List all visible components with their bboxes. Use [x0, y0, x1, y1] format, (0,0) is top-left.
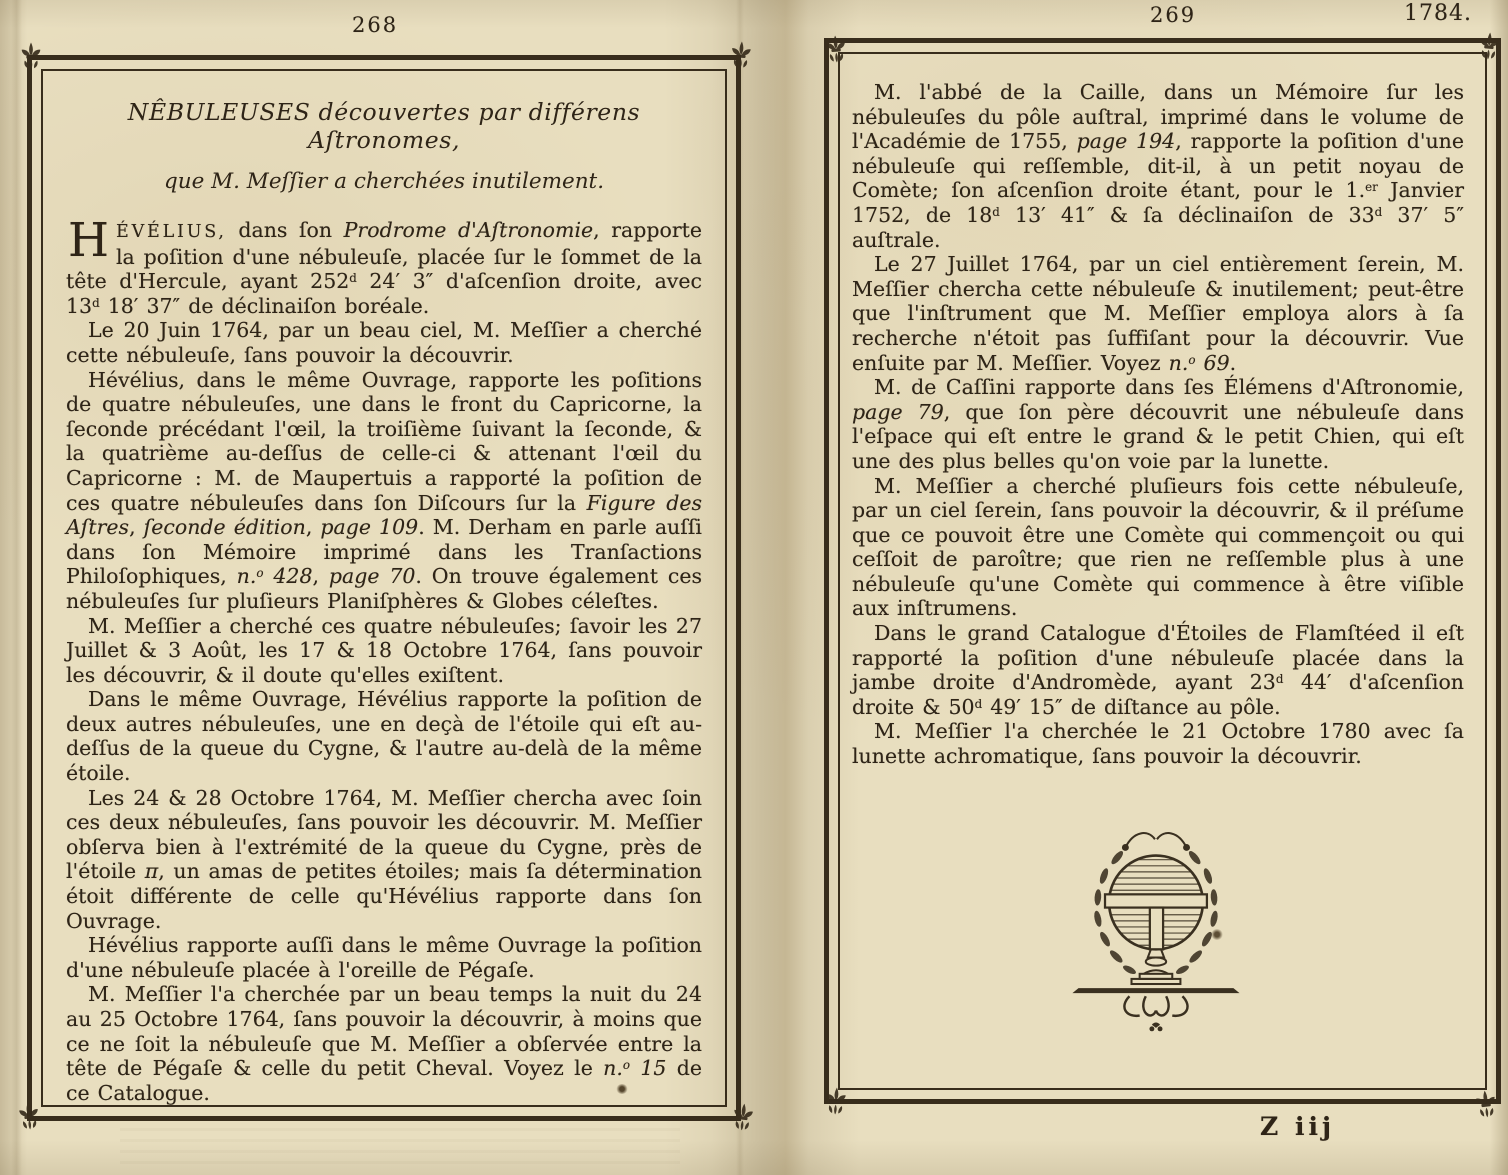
- book-scan-spread: { "colors": { "ink": "#2e2417", "rule": …: [0, 0, 1508, 1175]
- left-page-text-column: NÊBULEUSES découvertes par différens Aſt…: [66, 92, 702, 1105]
- paragraph-left-7: Hévélius rapporte auſſi dans le même Ouv…: [66, 933, 702, 982]
- paragraph-left-6: Les 24 & 28 Octobre 1764, M. Meſſier che…: [66, 786, 702, 934]
- paragraph-right-1: M. l'abbé de la Caille, dans un Mémoire …: [852, 80, 1464, 252]
- paragraph-right-6: M. Meſſier l'a cherchée le 21 Octobre 17…: [852, 719, 1464, 768]
- page-number-left: 268: [352, 13, 398, 37]
- paragraph-left-8: M. Meſſier l'a cherchée par un beau temp…: [66, 982, 702, 1105]
- right-page-text-column: M. l'abbé de la Caille, dans un Mémoire …: [852, 80, 1464, 1037]
- fleur-de-lis-icon: [730, 41, 753, 69]
- drop-cap: H: [66, 218, 116, 260]
- fleur-de-lis-icon: [21, 43, 42, 70]
- heading-line-1: NÊBULEUSES découvertes par différens Aſt…: [66, 98, 702, 154]
- paragraph-left-4: M. Meſſier a cherché ces quatre nébuleuſ…: [66, 614, 702, 688]
- paragraph-right-3: M. de Caſſini rapporte dans ſes Élémens …: [852, 375, 1464, 473]
- fleur-de-lis-icon: [17, 1102, 40, 1131]
- celestial-globe-vignette: [1066, 823, 1250, 1037]
- text-bleedthrough: [120, 1128, 680, 1166]
- page-edge-crease: [11, 0, 22, 1175]
- fleur-de-lis-icon: [731, 1102, 755, 1131]
- signature-mark: Z iij: [1260, 1112, 1335, 1141]
- shelf-brackets: [1124, 996, 1187, 1016]
- paragraph-right-5: Dans le grand Catalogue d'Étoiles de Fla…: [852, 621, 1464, 719]
- shelf: [1072, 988, 1239, 993]
- running-head-year: 1784.: [1404, 1, 1472, 26]
- paragraph-left-1: HÉVÉLIUS, dans ſon Prodrome d'Aſtronomie…: [66, 218, 702, 318]
- pedestal: [1132, 949, 1181, 984]
- paragraph-left-2: Le 20 Juin 1764, par un beau ciel, M. Me…: [66, 318, 702, 367]
- fleur-de-lis-icon: [1477, 32, 1500, 61]
- pendant-leaf: [1149, 1022, 1162, 1031]
- fleur-de-lis-icon: [825, 35, 848, 63]
- section-heading: NÊBULEUSES découvertes par différens Aſt…: [66, 98, 702, 194]
- fleur-de-lis-icon: [825, 1087, 848, 1115]
- paragraph-right-2: Le 27 Juillet 1764, par un ciel entièrem…: [852, 252, 1464, 375]
- paragraph-right-4: M. Meſſier a cherché pluſieurs fois cett…: [852, 474, 1464, 622]
- paragraph-left-3: Hévélius, dans le même Ouvrage, rapporte…: [66, 368, 702, 614]
- paragraph-left-5: Dans le même Ouvrage, Hévélius rapporte …: [66, 687, 702, 785]
- heading-line-2: que M. Meſſier a cherchées inutilement.: [66, 169, 702, 194]
- top-scrolls: [1123, 833, 1189, 850]
- lead-capitals: ÉVÉLIUS,: [116, 222, 227, 242]
- fleur-de-lis-icon: [1474, 1089, 1498, 1118]
- page-number-right: 269: [1150, 3, 1196, 27]
